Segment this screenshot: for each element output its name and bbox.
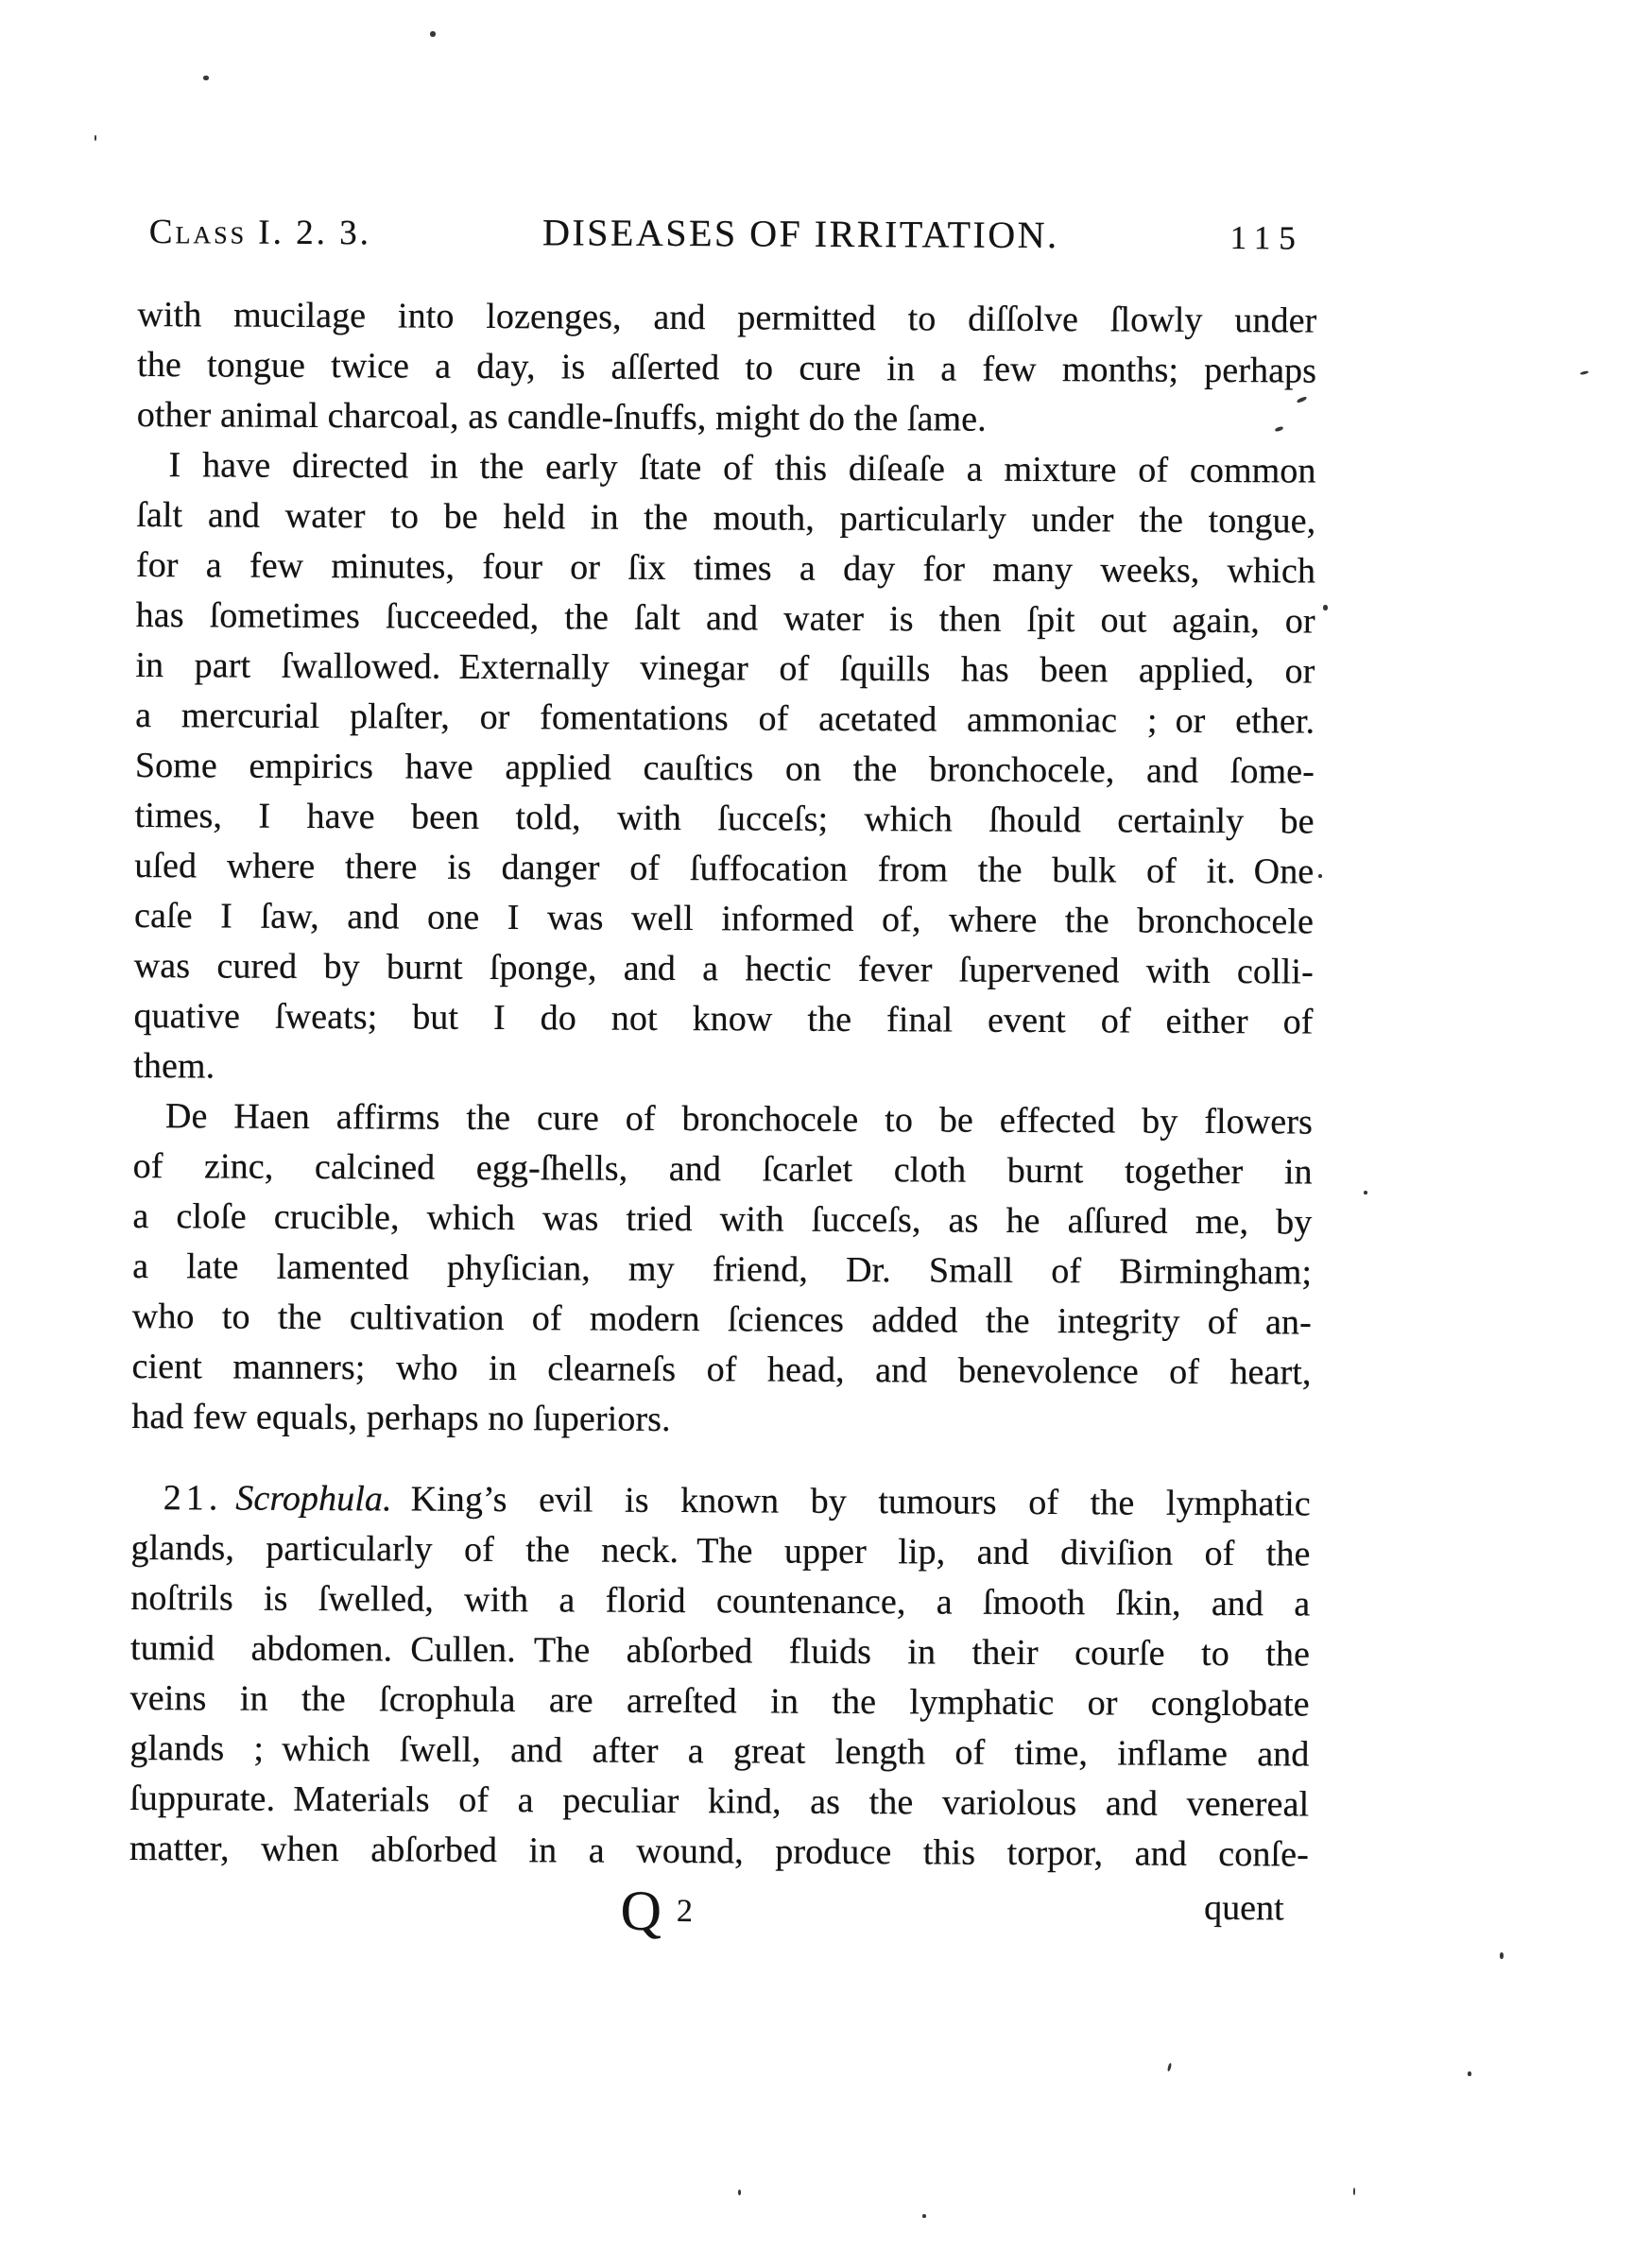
scan-speck xyxy=(738,2190,741,2195)
section-term-italic: Scrophula. xyxy=(235,1479,392,1520)
signature-number: 2 xyxy=(677,1894,693,1929)
signature-letter: Q xyxy=(620,1880,662,1942)
text-line: them. xyxy=(133,1041,1313,1098)
section-lead-text: King’s evil is known by tumours of the l… xyxy=(411,1480,1311,1524)
scan-speck xyxy=(1167,2063,1172,2071)
text-line: 21.Scrophula.King’s evil is known by tum… xyxy=(131,1473,1311,1530)
text-line: noſtrils is ſwelled, with a florid count… xyxy=(130,1573,1310,1630)
text-line: other animal charcoal, as candle-ſnuffs,… xyxy=(137,390,1316,447)
text-line: in part ſwallowed. Externally vinegar of… xyxy=(135,641,1315,697)
page-number: 115 xyxy=(1230,219,1317,257)
scan-speck xyxy=(1353,2188,1355,2195)
gathering-signature: Q2 xyxy=(620,1879,693,1944)
scan-speck xyxy=(1468,2071,1471,2076)
text-line: veins in the ſcrophula are arreſted in t… xyxy=(130,1674,1310,1730)
catchword: quent xyxy=(1204,1887,1284,1929)
text-line: with mucilage into lozenges, and permitt… xyxy=(137,290,1316,347)
text-line: ſalt and water to be held in the mouth, … xyxy=(136,490,1315,547)
page-footer: Q2 quent xyxy=(129,1876,1308,1967)
text-line: De Haen affirms the cure of bronchocele … xyxy=(133,1091,1313,1148)
page-title: DISEASES OF IRRITATION. xyxy=(371,209,1230,258)
class-label: Class I. 2. 3. xyxy=(138,212,371,253)
text-line: has ſometimes ſucceeded, the ſalt and wa… xyxy=(136,591,1315,647)
scan-speck xyxy=(1500,1952,1504,1959)
scan-speck xyxy=(430,31,436,37)
scan-speck xyxy=(922,2214,926,2218)
text-line: was cured by burnt ſponge, and a hectic … xyxy=(134,941,1314,998)
text-line: cient manners; who in clearneſs of head,… xyxy=(131,1342,1311,1399)
text-line: uſed where there is danger of ſuffocatio… xyxy=(134,841,1314,898)
text-line: tumid abdomen. Cullen. The abſorbed flui… xyxy=(130,1624,1310,1680)
text-line: glands, particularly of the neck. The up… xyxy=(130,1523,1310,1580)
scan-speck xyxy=(95,135,96,141)
text-line: caſe I ſaw, and one I was well informed … xyxy=(134,891,1314,948)
scan-speck xyxy=(1364,1191,1367,1194)
text-line: matter, when abſorbed in a wound, produc… xyxy=(129,1824,1309,1881)
text-line: for a few minutes, four or ſix times a d… xyxy=(136,541,1315,597)
text-line: I have directed in the early ſtate of th… xyxy=(136,440,1315,497)
scan-speck xyxy=(203,76,209,80)
scan-speck xyxy=(1323,605,1328,610)
text-line: a mercurial plaſter, or fomentations of … xyxy=(135,691,1315,747)
page-content: Class I. 2. 3. DISEASES OF IRRITATION. 1… xyxy=(129,208,1317,1967)
text-line: had few equals, perhaps no ſuperiors. xyxy=(131,1392,1311,1449)
text-line: a late lamented phyſician, my friend, Dr… xyxy=(132,1242,1312,1298)
text-line: Some empirics have applied cauſtics on t… xyxy=(135,741,1315,798)
paragraph-scrophula: 21.Scrophula.King’s evil is known by tum… xyxy=(129,1473,1311,1881)
running-header: Class I. 2. 3. DISEASES OF IRRITATION. 1… xyxy=(138,208,1317,259)
text-line: of zinc, calcined egg-ſhells, and ſcarle… xyxy=(133,1142,1313,1198)
scanned-book-page: { "header": { "class_label": "Class I. 2… xyxy=(0,0,1633,2268)
text-line: times, I have been told, with ſucceſs; w… xyxy=(134,791,1314,848)
text-line: quative ſweats; but I do not know the fi… xyxy=(133,991,1313,1048)
scan-speck xyxy=(1318,874,1322,878)
paragraph-salt-water: I have directed in the early ſtate of th… xyxy=(133,440,1316,1098)
text-line: glands ; which ſwell, and after a great … xyxy=(129,1724,1309,1780)
page-background: Class I. 2. 3. DISEASES OF IRRITATION. 1… xyxy=(0,0,1633,2268)
text-line: a cloſe crucible, which was tried with ſ… xyxy=(132,1192,1312,1248)
paragraph-de-haen: De Haen affirms the cure of bronchocele … xyxy=(131,1091,1313,1449)
text-line: who to the cultivation of modern ſcience… xyxy=(132,1292,1312,1349)
paragraph-continuation: with mucilage into lozenges, and permitt… xyxy=(137,290,1317,447)
scan-speck xyxy=(1580,370,1589,375)
text-line: ſuppurate. Materials of a peculiar kind,… xyxy=(129,1774,1309,1830)
text-line: the tongue twice a day, is aſſerted to c… xyxy=(137,340,1316,397)
section-number: 21. xyxy=(163,1478,223,1518)
